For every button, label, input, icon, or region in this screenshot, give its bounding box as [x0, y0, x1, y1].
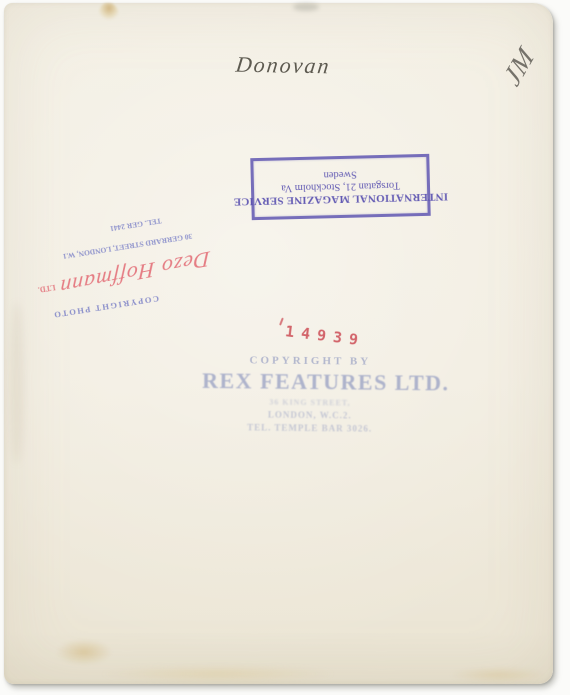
handwritten-title: Donovan [234, 52, 387, 81]
rex-city-line: LONDON, W.C.2. [202, 409, 418, 421]
hoffmann-phone: TEL. GER 2441 [109, 216, 162, 233]
ims-stamp-name: INTERNATIONAL MAGAZINE SERVICE [233, 190, 448, 207]
stain-left-edge [10, 303, 24, 463]
rex-phone-line: TEL. TEMPLE BAR 3026. [202, 422, 418, 434]
rex-copyright-by-line: COPYRIGHT BY [202, 354, 418, 368]
serial-number-value: 14939 [284, 322, 366, 350]
serial-number-stamp: 14939 [284, 322, 366, 350]
stain-top-drip [98, 3, 120, 38]
stain-bottom-right [450, 667, 548, 683]
serial-tick-mark [279, 317, 284, 325]
handwritten-initials: JM [498, 41, 540, 93]
photo-verso-paper: Donovan JM INTERNATIONAL MAGAZINE SERVIC… [4, 3, 553, 684]
stain-top-smudge [293, 3, 319, 11]
rex-features-stamp: COPYRIGHT BY REX FEATURES LTD. 36 KING S… [202, 354, 419, 434]
ims-stamp-country: Sweden [323, 169, 357, 181]
stain-bottom-band [100, 665, 336, 683]
hoffmann-copyright-stamp: COPYRIGHT PHOTO Dezo Hoffmann LTD. 30 GE… [28, 208, 216, 324]
rex-company-name: REX FEATURES LTD. [202, 368, 418, 396]
ims-stamp: INTERNATIONAL MAGAZINE SERVICE Torsgatan… [250, 154, 430, 220]
stain-bottom-left [56, 639, 112, 665]
rex-street-line: 36 KING STREET, [202, 397, 418, 408]
hoffmann-ltd-suffix: LTD. [37, 283, 56, 295]
